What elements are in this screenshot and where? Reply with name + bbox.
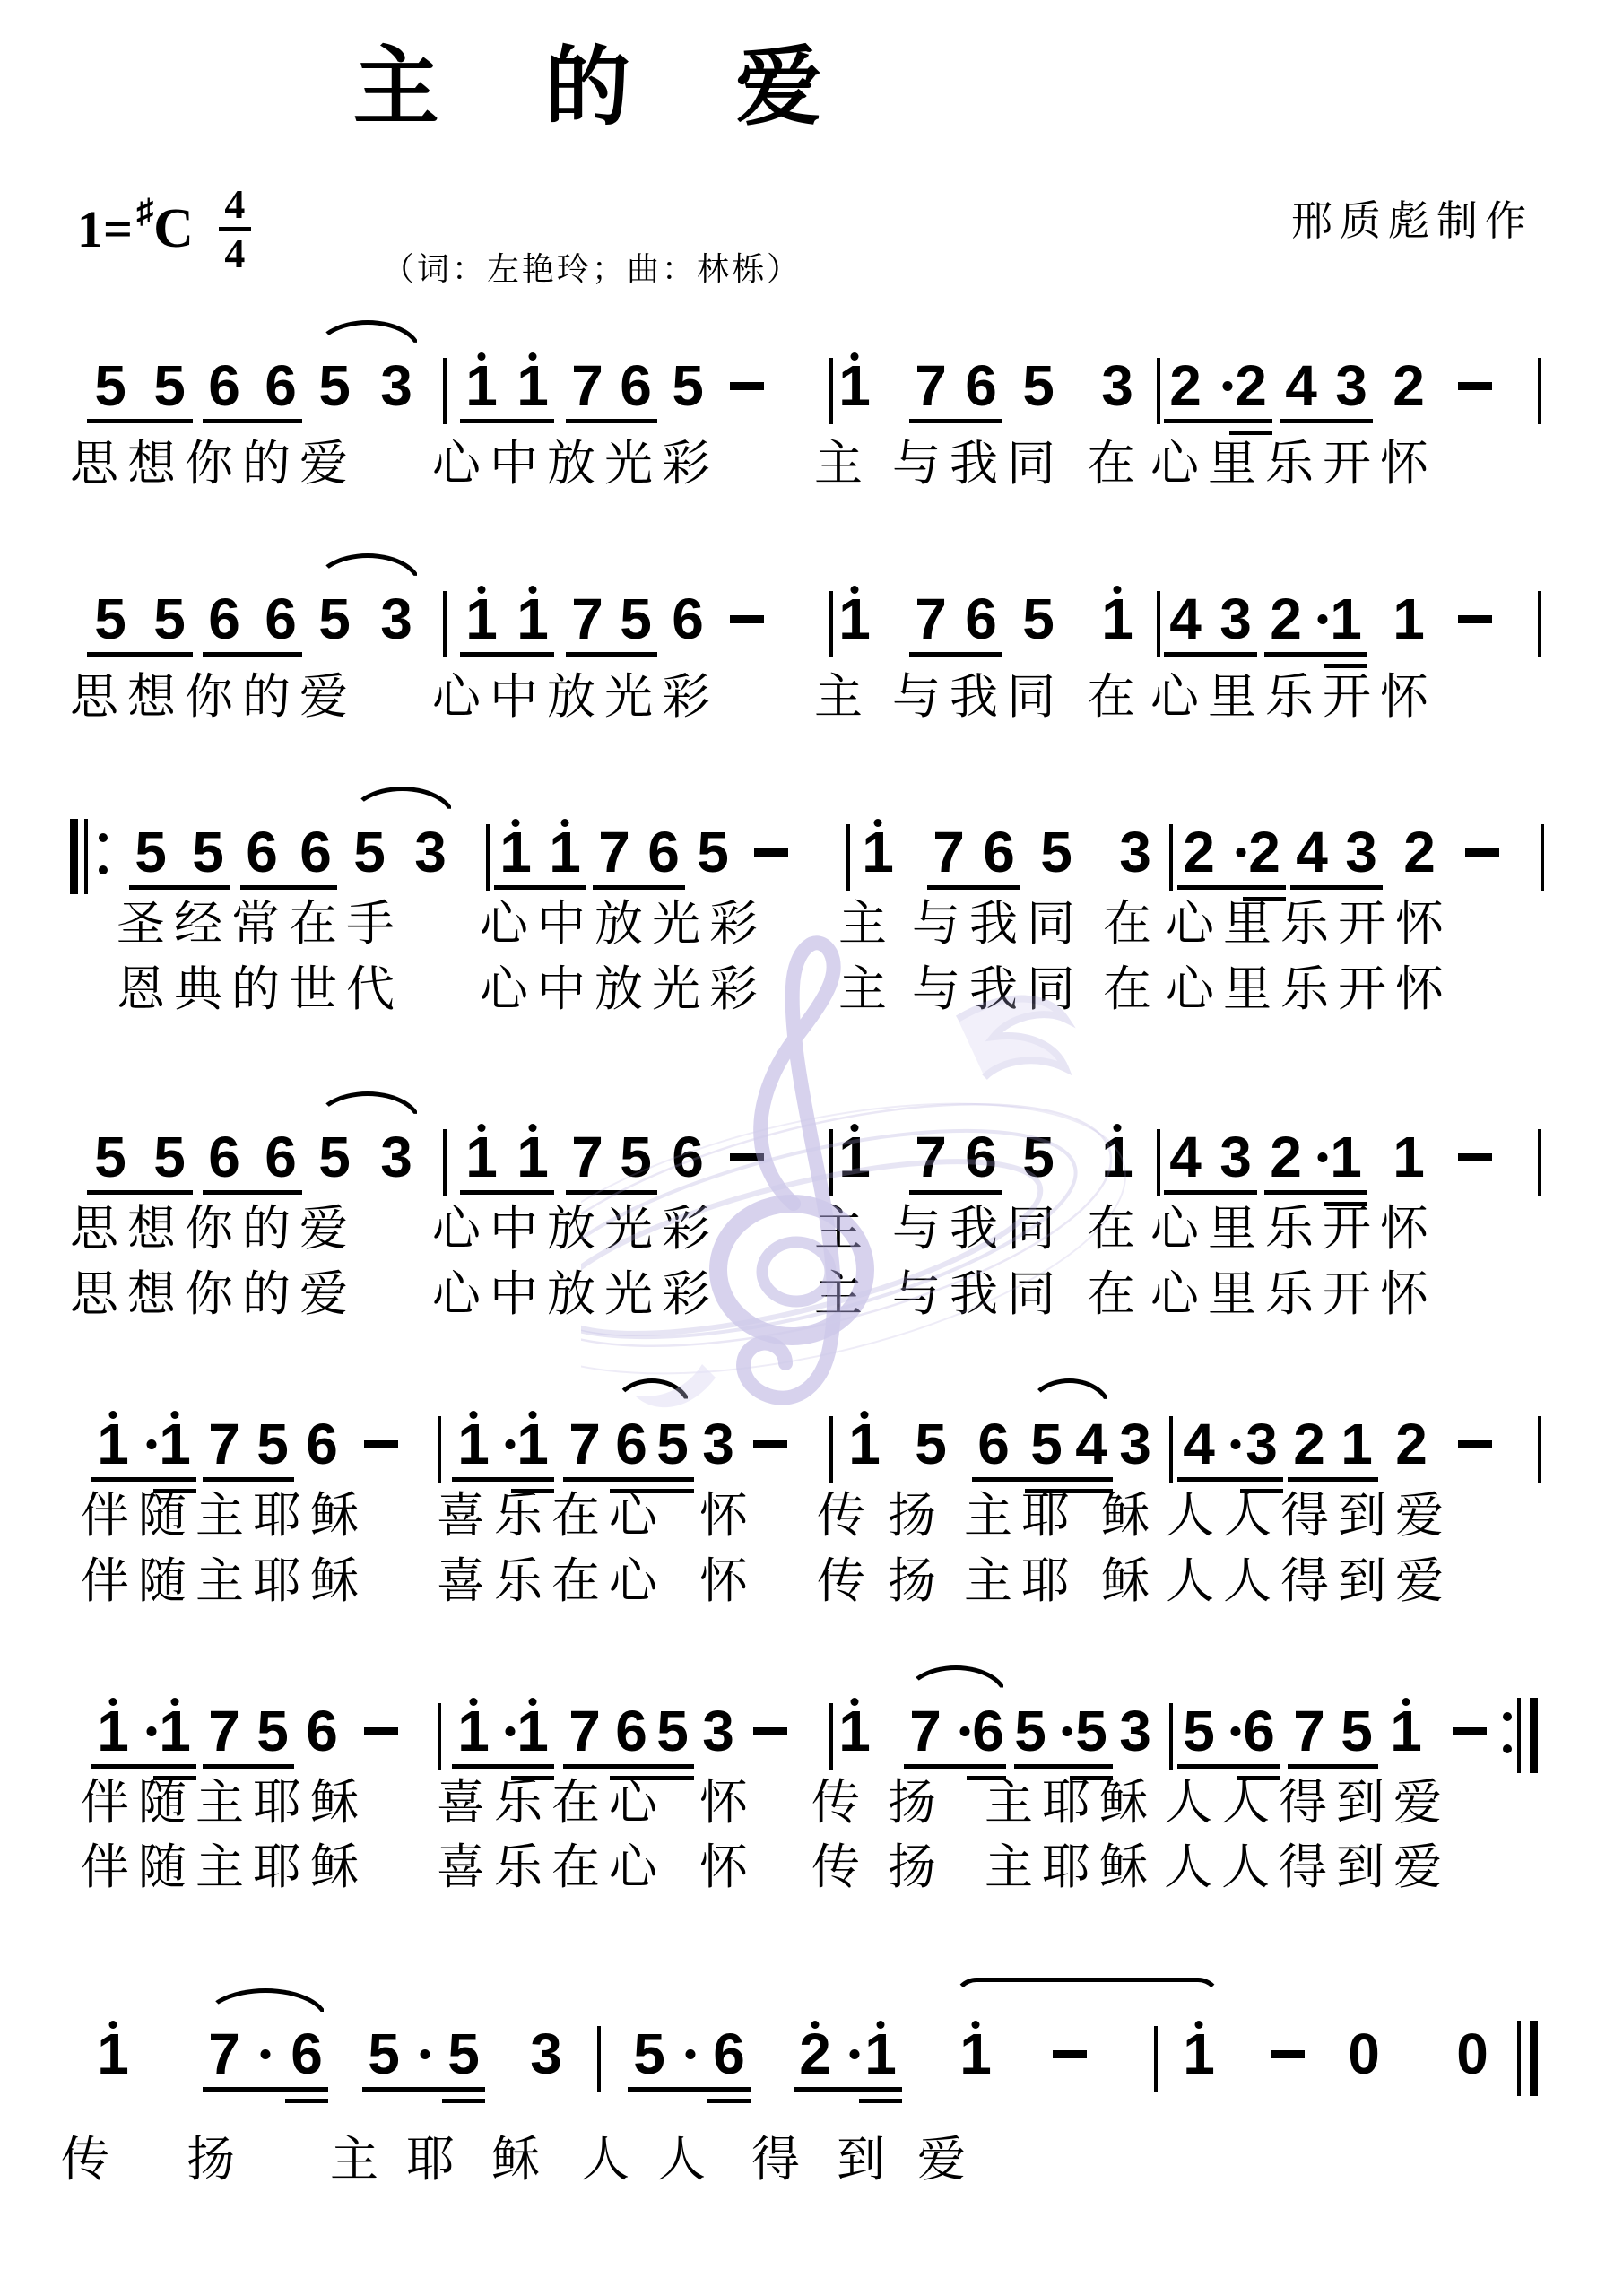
note-digit: 3 [1119, 1413, 1151, 1475]
lyric-segment: 心里乐开怀 [1150, 670, 1437, 724]
lyric-segment: 与我同 [892, 670, 1064, 724]
repeat-dot [1503, 1744, 1512, 1753]
dash-note [753, 1440, 787, 1448]
beam-line [707, 2099, 751, 2103]
dash-note [730, 382, 764, 390]
augmentation-dot [1318, 1152, 1328, 1162]
note-digit: 7 [568, 1413, 601, 1475]
note-digit: 7 [915, 1126, 947, 1188]
note-digit: 1 [549, 821, 581, 883]
lyric-segment: 稣 [491, 2133, 549, 2187]
lyric-segment: 喜乐在心 [437, 1554, 666, 1608]
note-digit: 6 [620, 354, 652, 417]
beam-line [927, 885, 1020, 890]
barline [829, 591, 833, 657]
octave-dot [529, 1698, 537, 1706]
note-digit: 6 [647, 821, 680, 883]
repeat-dot [99, 865, 108, 874]
beam-line [1164, 652, 1257, 657]
lyric-segment: 怀 [699, 1840, 757, 1894]
note-digit: 5 [256, 1700, 289, 1762]
note-digit: 5 [318, 354, 351, 417]
octave-dot [109, 2021, 117, 2029]
lyric-segment: 思想你的爱 [70, 1267, 357, 1321]
key-signature: 1= ♯ C 4 4 [77, 185, 251, 274]
note-digit: 3 [702, 1413, 734, 1475]
note-digit: 2 [1395, 1413, 1428, 1475]
note-digit: 6 [1243, 1700, 1275, 1762]
dash-note [364, 1727, 398, 1735]
note-digit: 5 [1040, 821, 1072, 883]
note-digit: 5 [672, 354, 704, 417]
note-digit: 1 [97, 1700, 129, 1762]
beam-line [203, 1764, 294, 1769]
augmentation-dot [1063, 1726, 1072, 1736]
octave-dot [851, 352, 859, 361]
slur-arc [953, 1978, 1221, 2019]
beam-line [1177, 1764, 1280, 1769]
lyric-segment: 人人得到爱 [1164, 1840, 1451, 1894]
note-digit: 5 [1022, 1126, 1055, 1188]
barline [1157, 358, 1160, 424]
note-digit: 1 [1341, 1413, 1373, 1475]
lyric-segment: 扬 [888, 1489, 945, 1543]
note-digit: 2 [1270, 587, 1302, 650]
lyric-segment: 与我同 [912, 897, 1084, 951]
lyric-segment: 主耶稣 [985, 1776, 1157, 1830]
lyric-segment: 稣 [1101, 1554, 1159, 1608]
note-digit: 6 [965, 1126, 997, 1188]
barline [1538, 358, 1541, 424]
note-digit: 1 [1330, 1126, 1362, 1188]
time-signature: 4 4 [219, 185, 251, 274]
meter-numerator: 4 [224, 185, 245, 224]
barline [1541, 824, 1544, 891]
note-digit: 5 [153, 354, 186, 417]
note-digit: 6 [977, 1413, 1010, 1475]
note-digit: 3 [1219, 1126, 1252, 1188]
note-digit: 1 [838, 354, 871, 417]
note-digit: 1 [838, 1126, 871, 1188]
beam-line [909, 1190, 1002, 1195]
barline [1169, 1703, 1173, 1770]
beam-line [442, 2099, 485, 2103]
note-digit: 7 [571, 1126, 603, 1188]
note-digit: 1 [516, 1413, 549, 1475]
beam-line [1177, 885, 1286, 890]
note-digit: 6 [299, 821, 332, 883]
lyric-segment: 喜乐在心 [437, 1776, 666, 1830]
note-digit: 1 [516, 1700, 549, 1762]
page-title: 主 的 爱 [353, 38, 831, 136]
final-barline-thin [1517, 2021, 1521, 2096]
beam-line [460, 419, 554, 423]
note-digit: 5 [656, 1413, 689, 1475]
repeat-dot [99, 833, 108, 842]
lyricist-composer-line: （词：左艳玲；曲：林栎） [382, 244, 802, 290]
note-digit: 5 [192, 821, 224, 883]
note-digit: 5 [447, 2022, 480, 2085]
note-digit: 1 [1393, 1126, 1425, 1188]
dash-note [730, 615, 764, 623]
beam-line [859, 2099, 902, 2103]
augmentation-dot [147, 1439, 157, 1449]
beam-line [566, 652, 657, 657]
augmentation-dot [261, 2049, 271, 2059]
note-digit: 5 [633, 2022, 665, 2085]
barline [829, 1703, 833, 1770]
octave-dot [877, 2021, 885, 2029]
note-digit: 1 [1393, 587, 1425, 650]
octave-dot [1195, 2021, 1203, 2029]
dash-note [1453, 1727, 1487, 1735]
note-digit: 3 [1345, 821, 1377, 883]
lyric-segment: 主 [814, 1267, 872, 1321]
beam-line [1014, 1764, 1113, 1769]
note-digit: 3 [1245, 1413, 1278, 1475]
note-digit: 7 [915, 587, 947, 650]
note-digit: 6 [265, 354, 297, 417]
lyric-segment: 得 [751, 2133, 809, 2187]
note-digit: 5 [135, 821, 167, 883]
octave-dot [478, 352, 486, 361]
lyric-segment: 在 [1087, 1267, 1144, 1321]
lyric-segment: 传 [817, 1489, 874, 1543]
lyric-segment: 伴随主耶稣 [81, 1840, 368, 1894]
lyric-segment: 耶 [406, 2133, 464, 2187]
slur-arc [349, 787, 456, 819]
note-digit: 5 [656, 1700, 689, 1762]
note-digit: 2 [1293, 1413, 1325, 1475]
barline [829, 1129, 833, 1196]
augmentation-dot [506, 1439, 516, 1449]
augmentation-dot [1231, 1726, 1241, 1736]
octave-dot [478, 586, 486, 594]
dash-note [754, 848, 788, 857]
lyric-segment: 心中放光彩 [432, 1267, 719, 1321]
note-digit: 6 [615, 1700, 647, 1762]
note-digit: 6 [615, 1413, 647, 1475]
lyric-segment: 在 [1103, 962, 1160, 1016]
lyric-segment: 主耶稣 [985, 1840, 1157, 1894]
note-digit: 1 [159, 1700, 191, 1762]
lyric-segment: 扬 [888, 1840, 945, 1894]
note-digit: 5 [915, 1413, 947, 1475]
lyric-segment: 扬 [187, 2133, 244, 2187]
beam-line [203, 1477, 294, 1482]
beam-line [460, 652, 554, 657]
lyric-segment: 心中放光彩 [480, 897, 767, 951]
beam-line [203, 1190, 302, 1195]
lyric-segment: 在 [1087, 437, 1144, 491]
octave-dot [109, 1411, 117, 1419]
beam-line [203, 419, 302, 423]
lyric-segment: 扬 [888, 1776, 945, 1830]
augmentation-dot [506, 1726, 516, 1736]
beam-line [909, 419, 1002, 423]
lyric-segment: 伴随主耶稣 [81, 1776, 368, 1830]
lyric-segment: 怀 [699, 1489, 757, 1543]
lyric-segment: 伴随主耶稣 [81, 1554, 368, 1608]
sheet-music-page: 1= ♯ C 4 4 主 的 爱 邢质彪制作 （词：左艳玲；曲：林栎） 5566… [0, 0, 1623, 2296]
slur-arc [203, 1988, 328, 2021]
lyric-segment: 与我同 [892, 1267, 1064, 1321]
note-digit: 0 [1348, 2022, 1380, 2085]
lyric-segment: 传 [811, 1840, 869, 1894]
note-digit: 5 [1030, 1413, 1063, 1475]
lyric-segment: 心里乐开怀 [1150, 1267, 1437, 1321]
octave-dot [512, 819, 520, 827]
lyric-segment: 心中放光彩 [480, 962, 767, 1016]
dash-note [1271, 2050, 1305, 2058]
barline [1538, 1416, 1541, 1483]
lyric-segment: 喜乐在心 [437, 1489, 666, 1543]
note-digit: 5 [368, 2022, 400, 2085]
note-digit: 5 [94, 1126, 126, 1188]
beam-line [566, 419, 657, 423]
key-prefix: 1= [77, 199, 133, 259]
note-digit: 3 [380, 354, 412, 417]
beam-line [1264, 1190, 1367, 1195]
note-digit: 7 [1293, 1700, 1325, 1762]
lyric-segment: 主 [814, 1202, 872, 1256]
dash-note [364, 1440, 398, 1448]
beam-line [1324, 664, 1367, 668]
slur-arc [1027, 1378, 1112, 1411]
note-digit: 4 [1075, 1413, 1107, 1475]
lyric-segment: 到 [837, 2133, 894, 2187]
note-digit: 6 [208, 354, 240, 417]
beam-line [593, 885, 685, 890]
octave-dot [1114, 1124, 1122, 1132]
note-digit: 3 [702, 1700, 734, 1762]
note-digit: 7 [208, 1700, 240, 1762]
lyric-segment: 主 [838, 962, 896, 1016]
note-digit: 6 [713, 2022, 745, 2085]
augmentation-dot [960, 1726, 970, 1736]
note-digit: 1 [97, 1413, 129, 1475]
lyric-segment: 人 [581, 2133, 638, 2187]
dash-note [1458, 1440, 1492, 1448]
octave-dot [470, 1411, 478, 1419]
note-digit: 5 [94, 354, 126, 417]
note-digit: 3 [1119, 821, 1151, 883]
lyric-segment: 思想你的爱 [70, 437, 357, 491]
arranger-credit: 邢质彪制作 [1291, 188, 1533, 248]
beam-line [1164, 419, 1272, 423]
note-digit: 1 [838, 587, 871, 650]
note-digit: 5 [153, 1126, 186, 1188]
augmentation-dot [850, 2049, 860, 2059]
barline [443, 1129, 447, 1196]
barline [829, 358, 833, 424]
note-digit: 5 [1022, 587, 1055, 650]
lyric-segment: 圣经常在手 [117, 897, 404, 951]
slur-arc [904, 1665, 1008, 1698]
barline [1154, 2026, 1158, 2092]
note-digit: 1 [838, 1700, 871, 1762]
octave-dot [861, 1411, 869, 1419]
lyric-segment: 在 [1087, 670, 1144, 724]
beam-line [972, 1477, 1113, 1482]
note-digit: 0 [1456, 2022, 1488, 2085]
note-digit: 6 [672, 587, 704, 650]
key-tonic: C [153, 197, 194, 261]
note-digit: 5 [318, 1126, 351, 1188]
note-digit: 6 [265, 587, 297, 650]
note-digit: 1 [457, 1700, 490, 1762]
note-digit: 1 [1390, 1700, 1422, 1762]
note-digit: 6 [265, 1126, 297, 1188]
beam-line [628, 2087, 751, 2092]
beam-line [452, 1764, 554, 1769]
note-digit: 1 [1183, 2022, 1215, 2085]
octave-dot [529, 352, 537, 361]
note-digit: 7 [568, 1700, 601, 1762]
beam-line [91, 1477, 196, 1482]
lyric-segment: 喜乐在心 [437, 1840, 666, 1894]
beam-line [794, 2087, 902, 2092]
note-digit: 1 [516, 354, 549, 417]
beam-line [87, 1190, 193, 1195]
note-digit: 5 [353, 821, 386, 883]
barline [438, 1703, 441, 1770]
beam-line [566, 1190, 657, 1195]
note-digit: 1 [465, 587, 498, 650]
dash-note [730, 1153, 764, 1161]
barline [486, 824, 490, 891]
note-digit: 6 [246, 821, 278, 883]
octave-dot [529, 1411, 537, 1419]
slur-arc [314, 1091, 421, 1124]
dash-note [1465, 848, 1499, 857]
note-digit: 6 [965, 354, 997, 417]
slur-arc [314, 320, 421, 352]
octave-dot [1114, 586, 1122, 594]
beam-line [203, 652, 302, 657]
dash-note [1458, 1153, 1492, 1161]
note-digit: 7 [208, 2022, 240, 2085]
note-digit: 1 [864, 2022, 897, 2085]
barline [1538, 591, 1541, 657]
note-digit: 7 [598, 821, 630, 883]
note-digit: 3 [1119, 1700, 1151, 1762]
note-digit: 5 [1014, 1700, 1046, 1762]
lyric-segment: 伴随主耶稣 [81, 1489, 368, 1543]
note-digit: 1 [1101, 1126, 1133, 1188]
note-digit: 3 [530, 2022, 562, 2085]
note-digit: 6 [672, 1126, 704, 1188]
octave-dot [478, 1124, 486, 1132]
beam-line [1164, 1190, 1257, 1195]
beam-line [87, 419, 193, 423]
note-digit: 1 [97, 2022, 129, 2085]
octave-dot [1402, 1698, 1410, 1706]
octave-dot [972, 2021, 980, 2029]
repeat-dot [1503, 1712, 1512, 1721]
lyric-segment: 主 [814, 670, 872, 724]
note-digit: 5 [153, 587, 186, 650]
final-barline-thick [1530, 2021, 1538, 2096]
octave-dot [851, 1124, 859, 1132]
note-digit: 6 [965, 587, 997, 650]
note-digit: 1 [516, 1126, 549, 1188]
note-digit: 5 [1183, 1700, 1215, 1762]
note-digit: 1 [1330, 587, 1362, 650]
lyric-segment: 主耶 [964, 1554, 1079, 1608]
octave-dot [561, 819, 569, 827]
lyric-segment: 怀 [699, 1776, 757, 1830]
octave-dot [874, 819, 882, 827]
lyric-segment: 心中放光彩 [432, 670, 719, 724]
note-digit: 3 [414, 821, 447, 883]
dash-note [1458, 615, 1492, 623]
note-digit: 5 [1022, 354, 1055, 417]
note-digit: 7 [571, 587, 603, 650]
note-digit: 2 [1235, 354, 1267, 417]
augmentation-dot [1231, 1439, 1241, 1449]
repeat-end-barline [1517, 1698, 1521, 1773]
note-digit: 3 [1219, 587, 1252, 650]
barline [1169, 1416, 1173, 1483]
note-digit: 6 [208, 1126, 240, 1188]
note-digit: 2 [1393, 354, 1425, 417]
note-digit: 4 [1183, 1413, 1215, 1475]
note-digit: 1 [499, 821, 532, 883]
lyric-segment: 人人得到爱 [1166, 1554, 1453, 1608]
barline [1169, 824, 1173, 891]
octave-dot [171, 1411, 179, 1419]
note-digit: 3 [1335, 354, 1367, 417]
note-digit: 4 [1296, 821, 1328, 883]
beam-line [452, 1477, 554, 1482]
augmentation-dot [1223, 381, 1233, 391]
lyric-segment: 与我同 [892, 1202, 1064, 1256]
note-digit: 5 [94, 587, 126, 650]
octave-dot [171, 1698, 179, 1706]
barline [443, 591, 447, 657]
lyric-segment: 心里乐开怀 [1166, 962, 1453, 1016]
beam-line [1288, 1764, 1378, 1769]
beam-line [87, 652, 193, 657]
beam-line [563, 1477, 694, 1482]
beam-line [91, 1764, 196, 1769]
note-digit: 5 [1075, 1700, 1107, 1762]
note-digit: 6 [306, 1700, 338, 1762]
beam-line [1288, 1477, 1378, 1482]
octave-dot [529, 1124, 537, 1132]
note-digit: 5 [697, 821, 729, 883]
lyric-segment: 主 [814, 437, 872, 491]
octave-dot [470, 1698, 478, 1706]
note-digit: 6 [208, 587, 240, 650]
note-digit: 1 [516, 587, 549, 650]
note-digit: 1 [457, 1413, 490, 1475]
note-digit: 3 [380, 1126, 412, 1188]
note-digit: 7 [933, 821, 965, 883]
lyric-segment: 心里乐开怀 [1150, 1202, 1437, 1256]
augmentation-dot [147, 1726, 157, 1736]
note-digit: 7 [571, 354, 603, 417]
note-digit: 7 [208, 1413, 240, 1475]
note-digit: 1 [959, 2022, 992, 2085]
barline [443, 358, 447, 424]
octave-dot [851, 1698, 859, 1706]
slur-arc [314, 553, 421, 586]
note-digit: 2 [1183, 821, 1215, 883]
repeat-begin-barline [84, 819, 88, 894]
beam-line [203, 2087, 328, 2092]
